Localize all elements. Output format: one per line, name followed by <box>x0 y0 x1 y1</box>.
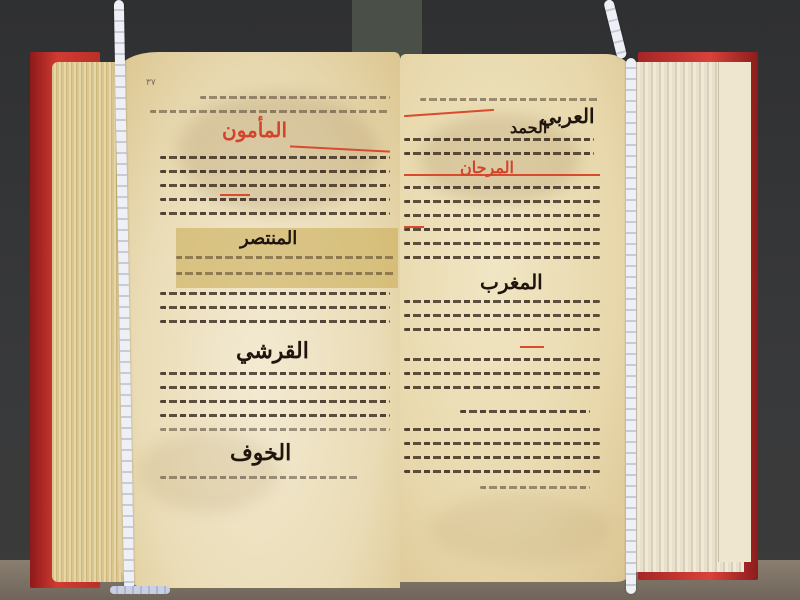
text-line <box>160 212 390 215</box>
rubric-mark <box>520 346 544 348</box>
text-line <box>160 476 360 479</box>
text-line <box>160 170 390 173</box>
text-line <box>160 292 390 295</box>
heading: المغرب <box>480 270 543 294</box>
text-line <box>160 372 390 375</box>
text-line <box>404 242 600 245</box>
water-stain <box>430 494 610 564</box>
rubric-mark <box>220 194 250 196</box>
text-line <box>160 428 390 431</box>
text-line <box>404 386 600 389</box>
text-line <box>404 152 594 155</box>
text-line <box>404 428 600 431</box>
heading-red: المرجان <box>460 158 514 177</box>
text-line <box>404 256 600 259</box>
text-line <box>160 414 390 417</box>
text-line <box>176 256 396 259</box>
text-line <box>404 138 594 141</box>
text-line <box>160 386 390 389</box>
heading-red: المأمون <box>222 118 287 142</box>
text-line <box>150 110 390 113</box>
text-line <box>404 214 600 217</box>
text-line <box>404 358 600 361</box>
text-line <box>404 228 600 231</box>
text-line <box>160 400 390 403</box>
bead-chain-tail-left <box>110 586 170 594</box>
bead-chain-weight-right[interactable] <box>626 58 636 594</box>
text-line <box>480 486 590 489</box>
text-line <box>176 272 396 275</box>
heading: القرشي <box>236 338 309 364</box>
text-line <box>404 300 600 303</box>
heading: الحمد <box>510 118 547 137</box>
background-panel <box>352 0 422 60</box>
heading: المنتصر <box>240 228 297 249</box>
text-line <box>160 306 390 309</box>
text-line <box>404 442 600 445</box>
text-line <box>420 98 600 101</box>
folio-number: ٣٧ <box>146 78 156 88</box>
flyleaf-right <box>718 62 751 562</box>
text-line <box>160 198 390 201</box>
heading: العربي <box>540 104 595 128</box>
text-line <box>160 156 390 159</box>
text-line <box>404 200 600 203</box>
rubric-mark <box>404 226 424 228</box>
text-line <box>160 320 390 323</box>
text-line <box>404 186 600 189</box>
text-line <box>404 456 600 459</box>
text-line <box>404 328 600 331</box>
text-line <box>404 470 600 473</box>
text-line <box>404 314 600 317</box>
text-line <box>404 372 600 375</box>
text-line <box>460 410 590 413</box>
heading: الخوف <box>230 440 291 466</box>
text-line <box>200 96 390 99</box>
text-line <box>160 184 390 187</box>
